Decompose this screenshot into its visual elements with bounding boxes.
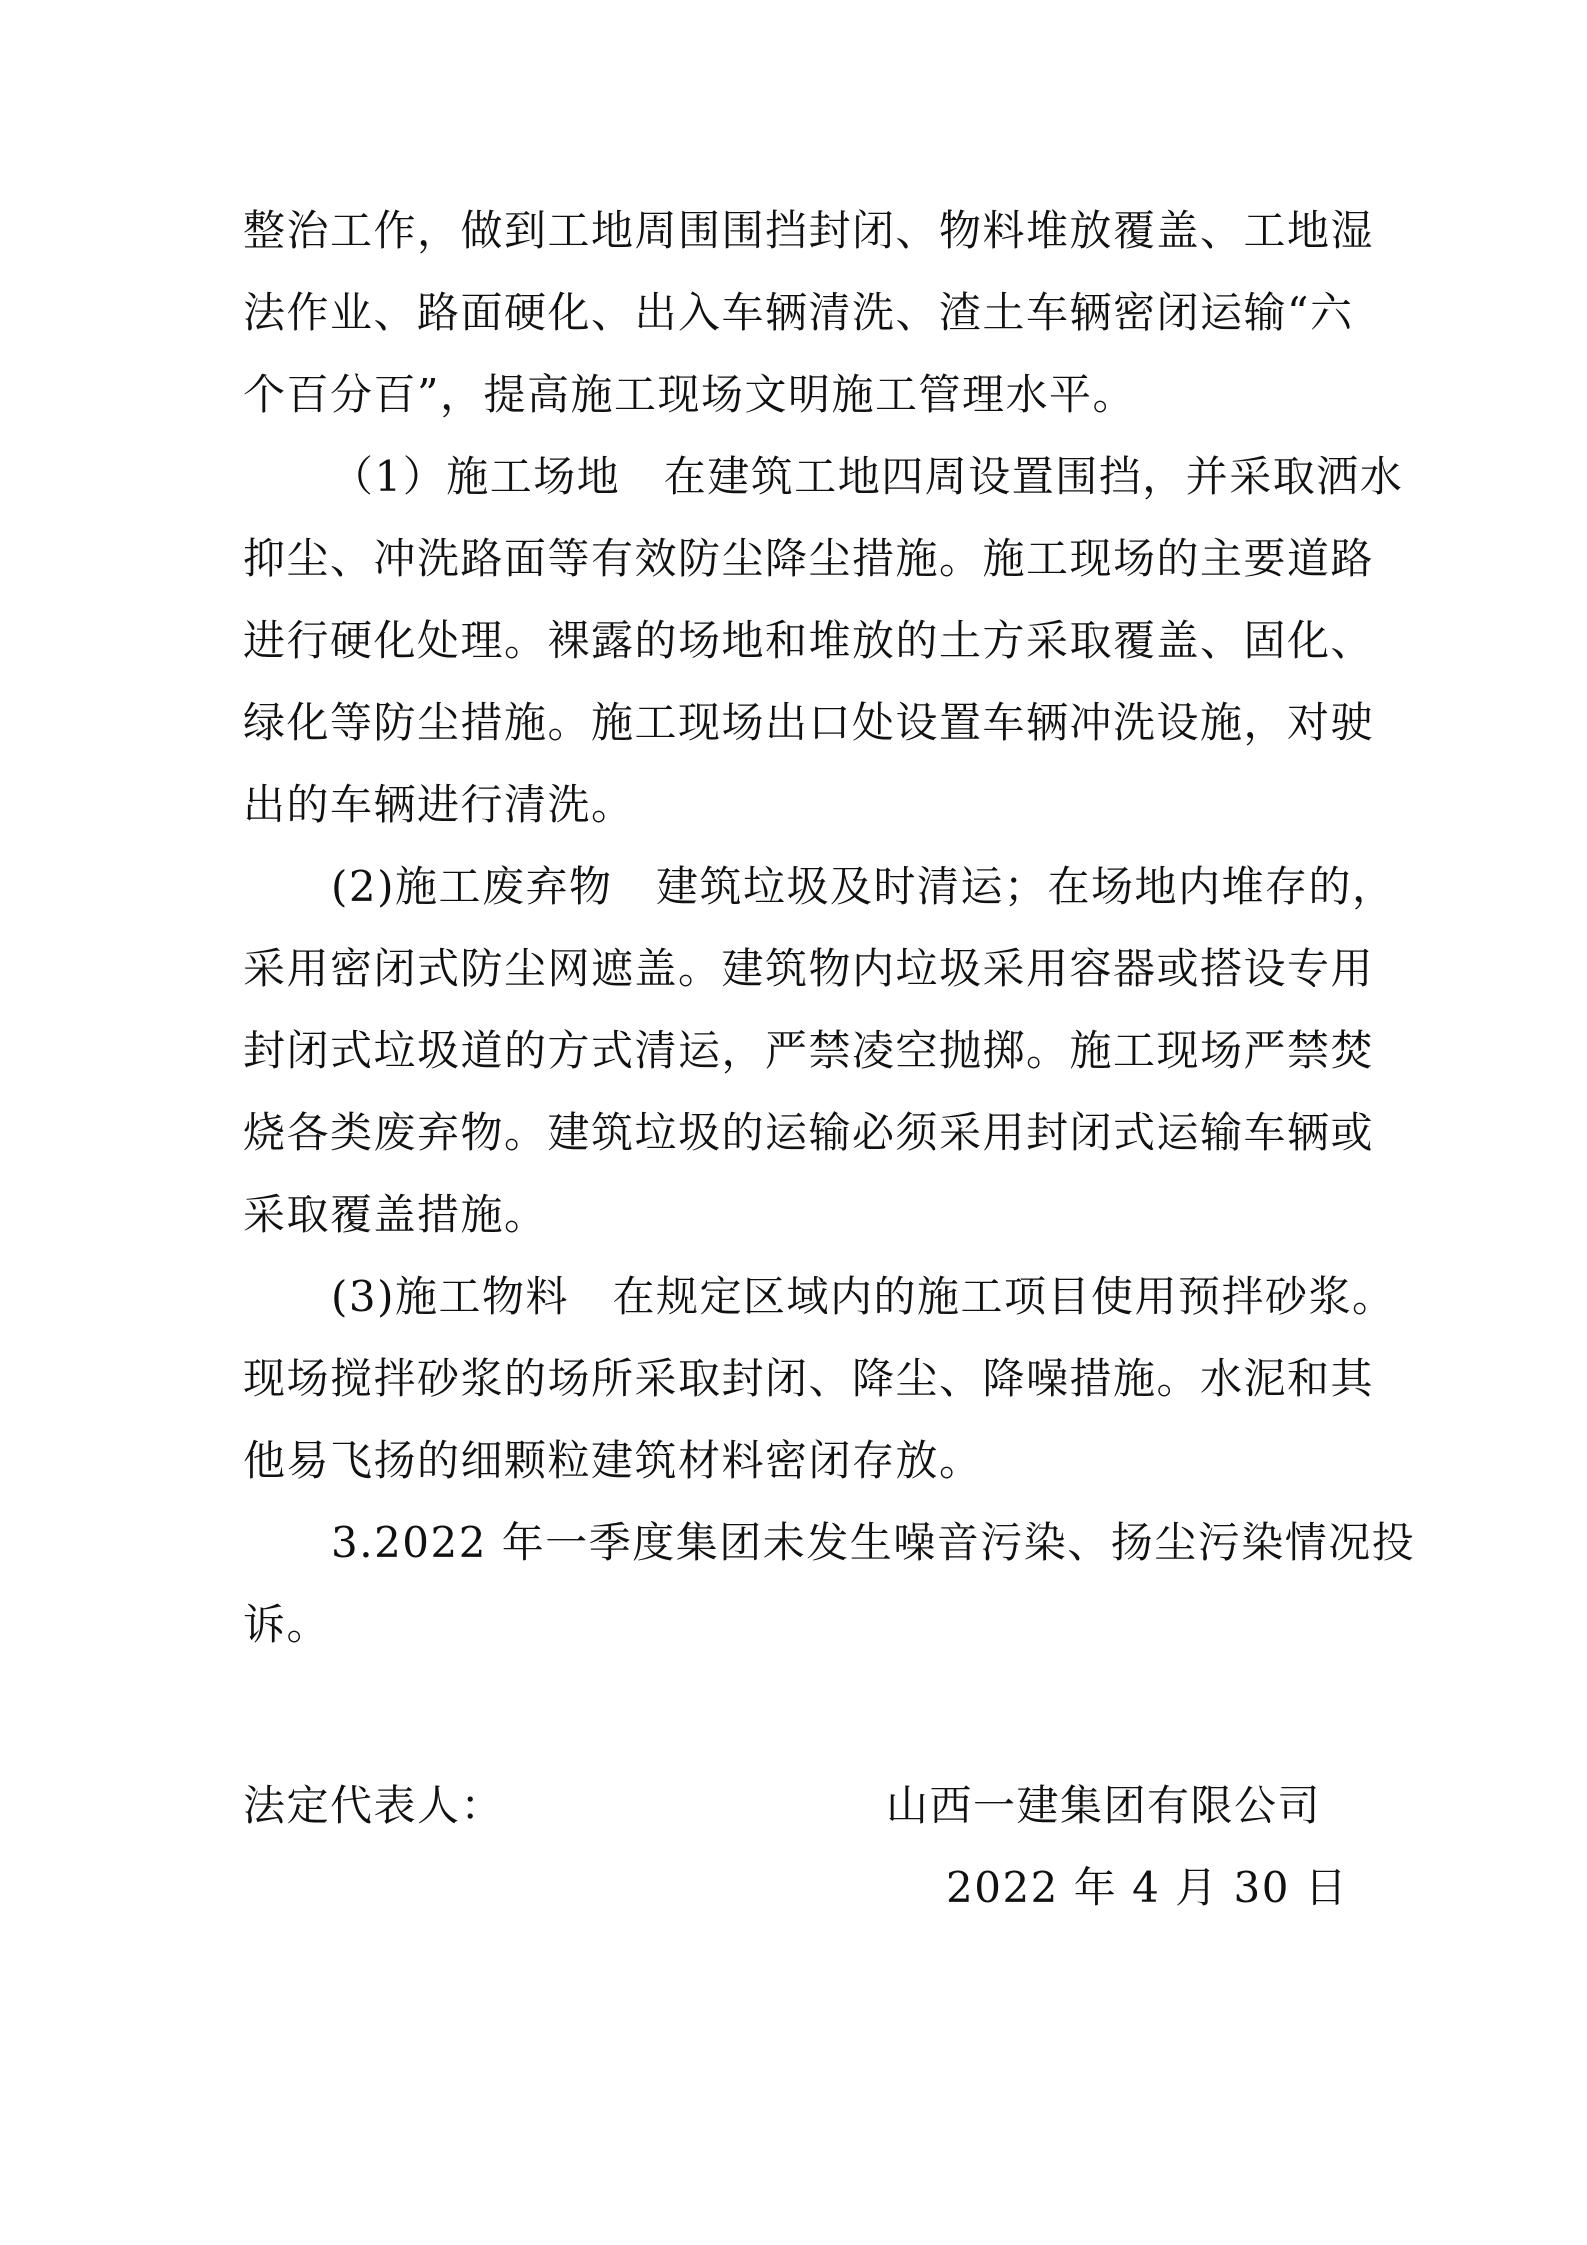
paragraph-line: 封闭式垃圾道的方式清运，严禁凌空抛掷。施工现场严禁焚 bbox=[243, 1026, 1353, 1076]
item-heading-line-waste: (2)施工废弃物 建筑垃圾及时清运；在场地内堆存的， bbox=[331, 862, 1353, 912]
paragraph-line: 绿化等防尘措施。施工现场出口处设置车辆冲洗设施，对驶 bbox=[243, 698, 1353, 748]
document-page: 整治工作，做到工地周围围挡封闭、物料堆放覆盖、工地湿 法作业、路面硬化、出入车辆… bbox=[0, 0, 1587, 2245]
paragraph-line: 采用密闭式防尘网遮盖。建筑物内垃圾采用容器或搭设专用 bbox=[243, 944, 1353, 994]
point-3-line: 3.2022 年一季度集团未发生噪音污染、扬尘污染情况投 bbox=[331, 1518, 1353, 1568]
paragraph-line: 出的车辆进行清洗。 bbox=[243, 780, 1353, 830]
paragraph-line: 采取覆盖措施。 bbox=[243, 1190, 1353, 1240]
legal-representative-label: 法定代表人： bbox=[243, 1781, 504, 1831]
company-name: 山西一建集团有限公司 bbox=[886, 1781, 1302, 1831]
paragraph-line: 抑尘、冲洗路面等有效防尘降尘措施。施工现场的主要道路 bbox=[243, 534, 1353, 584]
paragraph-line: 烧各类废弃物。建筑垃圾的运输必须采用封闭式运输车辆或 bbox=[243, 1108, 1353, 1158]
signature-date: 2022 年 4 月 30 日 bbox=[946, 1863, 1348, 1913]
item-heading-line-materials: (3)施工物料 在规定区域内的施工项目使用预拌砂浆。 bbox=[331, 1272, 1353, 1322]
paragraph-line: 整治工作，做到工地周围围挡封闭、物料堆放覆盖、工地湿 bbox=[243, 206, 1353, 256]
paragraph-line: 个百分百”，提高施工现场文明施工管理水平。 bbox=[243, 370, 1353, 420]
paragraph-line: 诉。 bbox=[243, 1600, 1353, 1650]
paragraph-line: 现场搅拌砂浆的场所采取封闭、降尘、降噪措施。水泥和其 bbox=[243, 1354, 1353, 1404]
paragraph-line: 法作业、路面硬化、出入车辆清洗、渣土车辆密闭运输“六 bbox=[243, 288, 1353, 338]
paragraph-line: 进行硬化处理。裸露的场地和堆放的土方采取覆盖、固化、 bbox=[243, 616, 1353, 666]
item-heading-line-site: （1）施工场地 在建筑工地四周设置围挡，并采取洒水 bbox=[331, 452, 1353, 502]
paragraph-line: 他易飞扬的细颗粒建筑材料密闭存放。 bbox=[243, 1436, 1353, 1486]
